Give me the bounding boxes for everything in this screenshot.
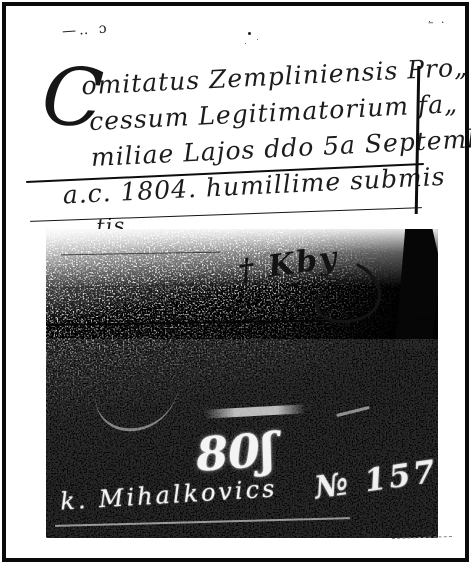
- ink-signature: † Kby: [238, 247, 398, 347]
- photo-scan: † Kby 80ʃ k. Mihalkovics № 157.: [46, 229, 438, 538]
- pen-trial-marks: —‥ ɔ: [61, 20, 110, 39]
- archive-number-large: 80ʃ: [194, 426, 276, 477]
- scanned-document-page: C omitatus Zempliniensis Pro„ cessum Leg…: [0, 0, 471, 564]
- signature-flourish-icon: [266, 259, 396, 339]
- corner-specks: – ·: [428, 16, 447, 29]
- handwritten-note: C omitatus Zempliniensis Pro„ cessum Leg…: [26, 34, 444, 234]
- ink-specks: [248, 32, 251, 35]
